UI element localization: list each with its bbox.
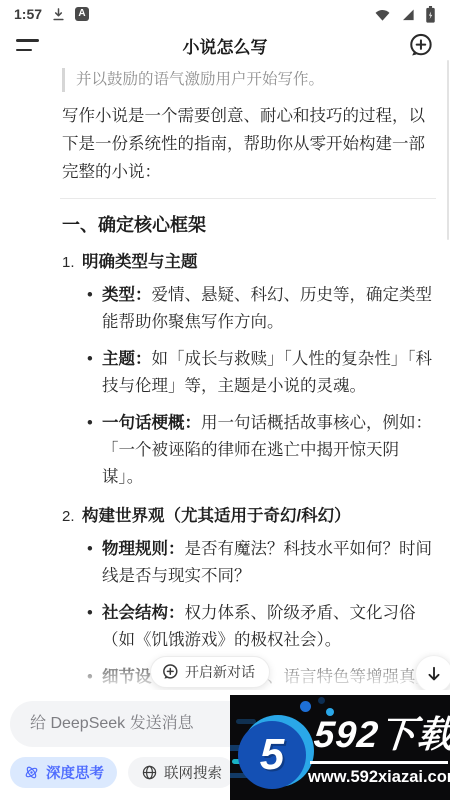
brand-logo: 5 <box>238 721 306 789</box>
bubble-dot <box>318 697 325 704</box>
download-icon <box>51 7 66 22</box>
app-header: 小说怎么写 <box>0 28 450 62</box>
web-search-toggle[interactable]: 联网搜索 <box>128 757 235 788</box>
page-title: 小说怎么写 <box>0 33 450 58</box>
logo-number: 5 <box>260 733 284 777</box>
arrow-down-icon <box>424 664 444 684</box>
bullet-text: 爱情、悬疑、科幻、历史等，确定类型能帮助你聚焦写作方向。 <box>102 286 432 331</box>
cellular-signal-icon <box>400 7 416 22</box>
globe-icon <box>141 764 158 781</box>
quote-block: 并以鼓励的语气激励用户开始写作。 <box>62 68 436 92</box>
bullet-lead: 主题： <box>102 350 152 368</box>
watermark-banner: 5 592下载 www.592xiazai.com <box>230 695 450 800</box>
new-chat-icon[interactable] <box>407 32 434 59</box>
section-divider <box>60 198 436 199</box>
list-item: 类型：爱情、悬疑、科幻、历史等，确定类型能帮助你聚焦写作方向。 <box>62 282 436 336</box>
list-item: 主题：如「成长与救赎」「人性的复杂性」「科技与伦理」等，主题是小说的灵魂。 <box>62 346 436 400</box>
a-badge-icon: A <box>75 7 89 21</box>
numbered-item: 2. 构建世界观（尤其适用于奇幻/科幻） <box>62 505 436 528</box>
start-new-chat-button[interactable]: 开启新对话 <box>150 656 270 688</box>
item-title: 明确类型与主题 <box>82 251 198 274</box>
start-new-chat-label: 开启新对话 <box>185 662 255 682</box>
list-item: 一句话梗概：用一句话概括故事核心，例如：「一个被诬陷的律师在逃亡中揭开惊天阴谋」… <box>62 410 436 491</box>
list-item: 社会结构：权力体系、阶级矛盾、文化习俗（如《饥饿游戏》的极权社会）。 <box>62 600 436 654</box>
wifi-icon <box>374 7 391 22</box>
deep-think-toggle[interactable]: 深度思考 <box>10 757 117 788</box>
composer-actions: 深度思考 联网搜索 <box>10 757 235 788</box>
list-item: 物理规则：是否有魔法？科技水平如何？时间线是否与现实不同？ <box>62 536 436 590</box>
brand-url: www.592xiazai.com <box>308 768 450 787</box>
item-number: 1. <box>62 251 82 274</box>
phone-screen: 1:57 A 小说怎么写 并以鼓励的语气激励用户开始写作。 写作小说是一个需要创… <box>0 0 450 800</box>
status-time: 1:57 <box>14 6 42 22</box>
bullet-list: 类型：爱情、悬疑、科幻、历史等，确定类型能帮助你聚焦写作方向。 主题：如「成长与… <box>62 282 436 491</box>
bullet-text: 如「成长与救赎」「人性的复杂性」「科技与伦理」等，主题是小说的灵魂。 <box>102 350 432 395</box>
menu-icon[interactable] <box>16 39 40 51</box>
bullet-lead: 物理规则： <box>102 540 185 558</box>
brand-underline <box>310 761 448 764</box>
scrollbar[interactable] <box>447 60 449 240</box>
numbered-item: 1. 明确类型与主题 <box>62 251 436 274</box>
web-search-label: 联网搜索 <box>164 762 222 783</box>
intro-paragraph: 写作小说是一个需要创意、耐心和技巧的过程，以下是一份系统性的指南，帮助你从零开始… <box>62 102 436 186</box>
deep-think-label: 深度思考 <box>46 762 104 783</box>
status-bar: 1:57 A <box>0 0 450 28</box>
item-title: 构建世界观（尤其适用于奇幻/科幻） <box>82 505 351 528</box>
bullet-lead: 社会结构： <box>102 604 185 622</box>
battery-charging-icon <box>425 6 436 23</box>
scroll-to-bottom-button[interactable] <box>415 655 450 693</box>
brand-name: 592下载 <box>312 715 450 756</box>
chat-plus-icon <box>161 663 179 681</box>
section-heading: 一、确定核心框架 <box>62 213 436 237</box>
bullet-lead: 类型： <box>102 286 152 304</box>
bullet-lead: 一句话梗概： <box>102 414 201 432</box>
atom-icon <box>23 764 40 781</box>
item-number: 2. <box>62 505 82 528</box>
bubble-dot <box>300 701 311 712</box>
